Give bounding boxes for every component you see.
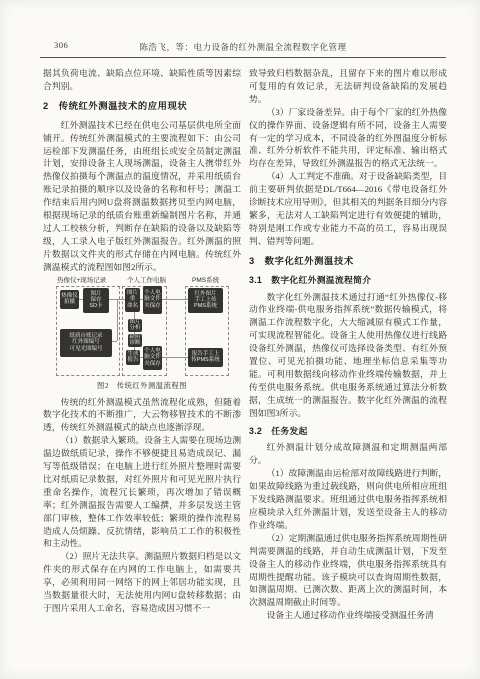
right-column: 致导致归档数据杂乱，且留存下来的图片难以形成可复用的有效记录，无法研判设备缺陷的… xyxy=(249,67,447,622)
figure-2: 热像仪+现场记录 个人工作电脑 PMS系统 热像仪 拍摄 图片 保存 SD卡 纸… xyxy=(43,277,241,393)
flow-step-defect-diagnose: 缺陷 诊断 xyxy=(128,334,142,347)
flow-group-header: PMS系统 xyxy=(192,277,219,284)
paragraph: 数字化红外测温技术通过打通“红外热像仪-移动作业终端-供电服务指挥系统”数据传输… xyxy=(249,291,447,420)
flow-step-save-sd: 图片 保存 SD卡 xyxy=(83,288,109,313)
header-rule xyxy=(40,57,446,58)
paragraph: （1）数据录入繁琐。设备主人需要在现场边测温边做纸质记录，操作不够便捷且易造成误… xyxy=(43,434,241,550)
paragraph: （2）定期测温通过供电服务指挥系统周期性研判需要测温的线路，并自动生成测温计划，… xyxy=(249,532,447,609)
paragraph: 传统的红外测温模式虽然流程化成熟，但随着数字化技术的不断推广，大云物移智技术的不… xyxy=(43,396,241,435)
flow-step-pc-folder-save-2: 个人电 脑文件 夹保存 xyxy=(143,346,162,370)
flow-step-generate-report: 生成 报告 xyxy=(126,350,140,365)
flow-group-header: 热像仪+现场记录 xyxy=(57,277,106,284)
flow-step-upload-report-pms: 报告手工上 传PMS系统 xyxy=(188,348,223,367)
connector-line xyxy=(162,357,188,358)
figure-2-flow-diagram: 热像仪+现场记录 个人工作电脑 PMS系统 热像仪 拍摄 图片 保存 SD卡 纸… xyxy=(43,277,241,377)
paragraph: 设备主人通过移动作业终端接受测温任务清 xyxy=(249,609,447,622)
section-3-heading: 3 数字化红外测温技术 xyxy=(249,255,447,268)
connector-line xyxy=(134,347,135,350)
figure-2-caption: 图2 传统红外测温流程图 xyxy=(43,380,241,393)
paragraph: （4）人工判定不准确。对于设备缺陷类型，目前主要研判依据是DL/T664—201… xyxy=(249,170,447,247)
connector-line xyxy=(140,357,143,358)
paragraph: 红外测温技术已经在供电公司基层供电所全面铺开。传统红外测温模式的主要流程如下：由… xyxy=(43,119,241,274)
section-3-1-heading: 3.1 数字化红外测温流程简介 xyxy=(249,274,447,287)
connector-line xyxy=(140,299,143,300)
connector-line xyxy=(134,332,135,334)
flow-step-upload-image-pms: 红外图片 手工上传 PMS系统 xyxy=(188,288,223,313)
connector-line xyxy=(162,299,188,300)
flow-step-pc-folder-save: 个人电 脑文件 夹保存 xyxy=(143,286,162,314)
paragraph: 据其负荷电流、缺陷点位环境、缺陷性质等因素综合判别。 xyxy=(43,67,241,93)
connector-line xyxy=(79,299,83,300)
section-2-heading: 2 传统红外测温技术的应用现状 xyxy=(43,100,241,113)
paragraph: 红外测温计划分成故障测温和定期测温两部分。 xyxy=(249,441,447,467)
paragraph: （1）故障测温由运检部对故障线路进行判断，如果故障线路为重过载线路，则向供电所相… xyxy=(249,467,447,532)
paragraph: （2）照片无法共享。测温照片数据归档是以文件夹的形式保存在内网的工作电脑上，如需… xyxy=(43,550,241,615)
flow-group-header: 个人工作电脑 xyxy=(127,277,166,284)
paragraph: 致导致归档数据杂乱，且留存下来的图片难以形成可复用的有效记录，无法研判设备缺陷的… xyxy=(249,67,447,106)
connector-line xyxy=(112,341,117,342)
flow-step-capture: 热像仪 拍摄 xyxy=(60,290,79,309)
flow-step-paper-ledger: 纸质台账记录 红外图编号 可见光图编号 xyxy=(60,329,112,357)
flow-step-rename: 图片重 命名 xyxy=(125,288,140,312)
connector-line xyxy=(117,299,118,341)
paper-page: 306 陈浩飞，等：电力设备的红外测温全流程数字化管理 据其负荷电流、缺陷点位环… xyxy=(0,0,480,679)
running-title: 陈浩飞，等：电力设备的红外测温全流程数字化管理 xyxy=(40,41,446,53)
page-header: 306 陈浩飞，等：电力设备的红外测温全流程数字化管理 xyxy=(40,40,446,56)
left-column: 据其负荷电流、缺陷点位环境、缺陷性质等因素综合判别。 2 传统红外测温技术的应用… xyxy=(43,67,241,615)
section-3-2-heading: 3.2 任务发起 xyxy=(249,425,447,438)
flow-step-analyze: 图片 分析 xyxy=(128,319,142,332)
connector-line xyxy=(134,312,135,319)
paragraph: （3）厂家设备差异。由于每个厂家的红外热像仪的操作界面、设备逻辑有所不同，设备主… xyxy=(249,106,447,171)
